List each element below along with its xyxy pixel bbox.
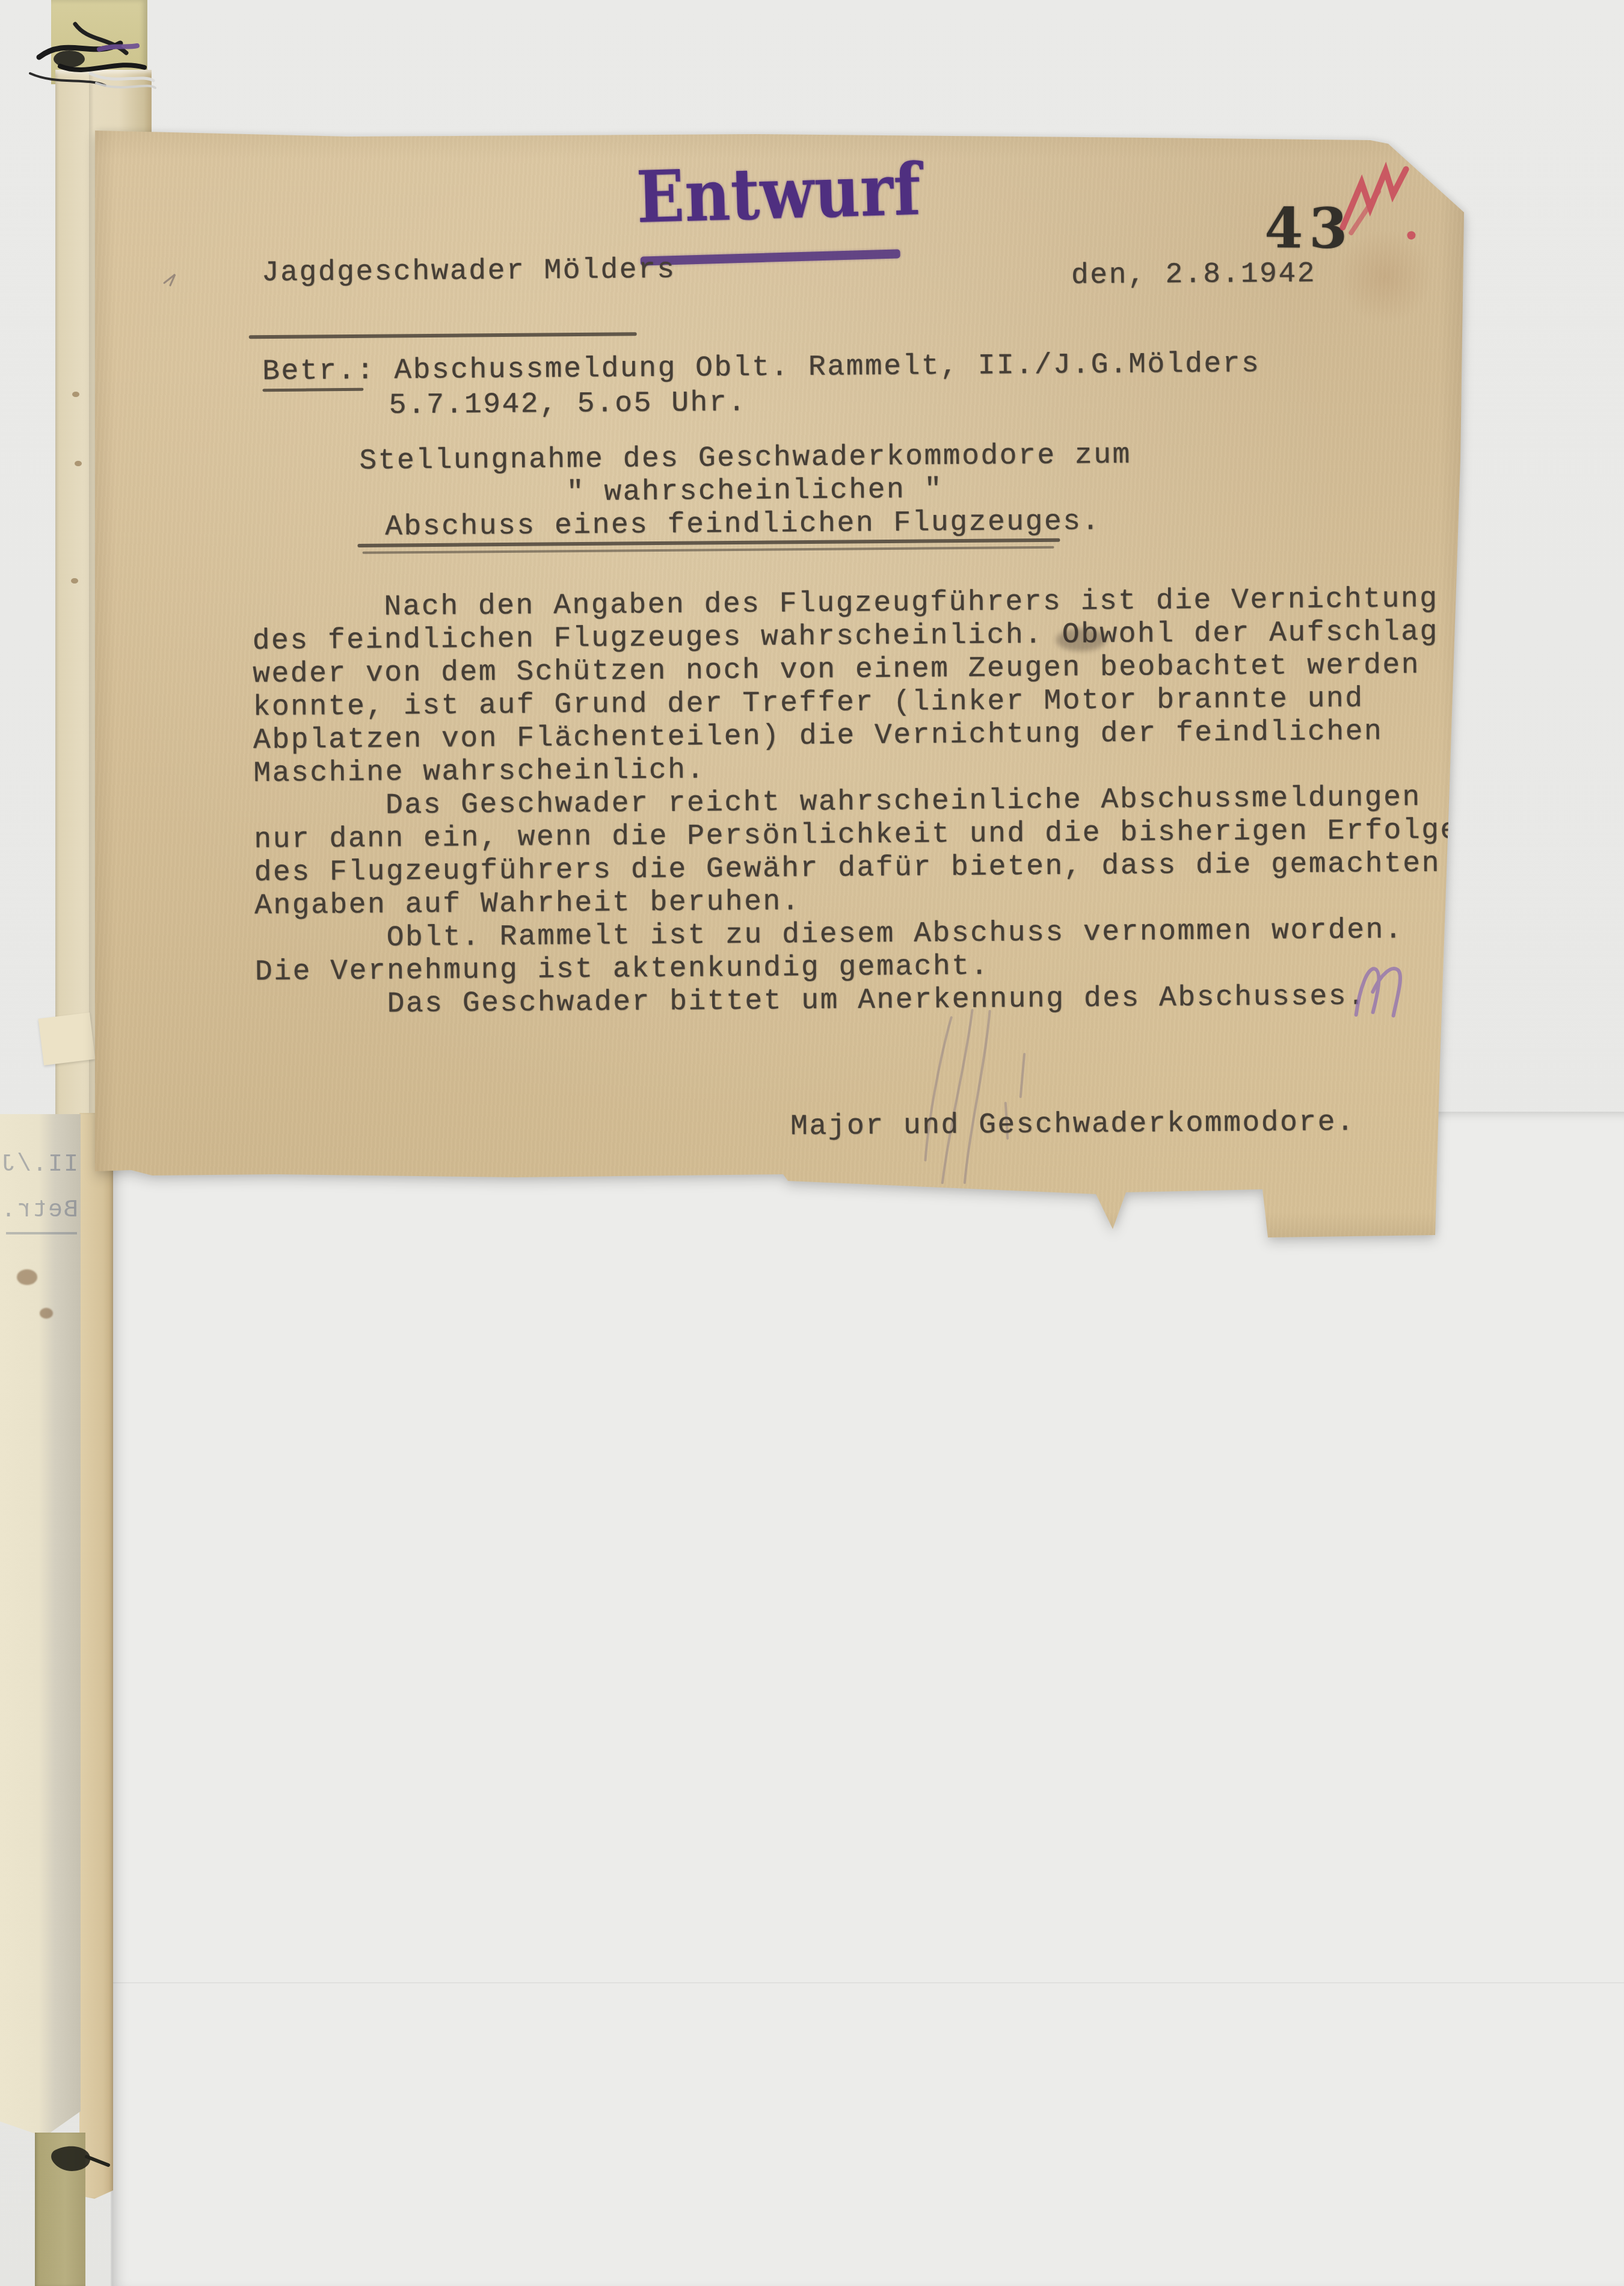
binding-thread-marks: [24, 6, 205, 114]
document-paper: Entwurf 43 Jagdgeschwader Mölders den, 2…: [95, 123, 1466, 1242]
paper-speck: [72, 392, 79, 397]
signature-line: Major und Geschwaderkommodore.: [790, 1106, 1356, 1144]
ink-offset-underline: [6, 1232, 77, 1234]
under-sheet-page: [111, 1112, 1624, 2286]
paper-fragment-with-ink-offset: II./J Betr.: [0, 1114, 81, 2137]
binding-strip-tan-bottom: [79, 1113, 113, 2199]
archival-scan-background: II./J Betr. Entwurf 43: [0, 0, 1624, 2286]
paper-speck: [71, 578, 78, 584]
ink-offset-text: Betr.: [0, 1197, 78, 1224]
under-sheet-seam: [111, 1982, 1624, 1983]
pencil-strokes: [91, 114, 1471, 1243]
stain-speck: [17, 1269, 37, 1285]
dark-ink-blob: [47, 2137, 119, 2192]
ink-offset-text: II./J: [0, 1151, 78, 1178]
binding-strip-olive-bottom: [35, 2133, 85, 2286]
stain-speck: [40, 1308, 53, 1319]
document-page: Entwurf 43 Jagdgeschwader Mölders den, 2…: [95, 123, 1466, 1242]
binding-fold-shadow: [89, 70, 94, 1147]
paper-tab: [38, 1012, 96, 1065]
paper-speck: [75, 461, 82, 466]
typed-content: Entwurf 43 Jagdgeschwader Mölders den, 2…: [91, 114, 1471, 1243]
